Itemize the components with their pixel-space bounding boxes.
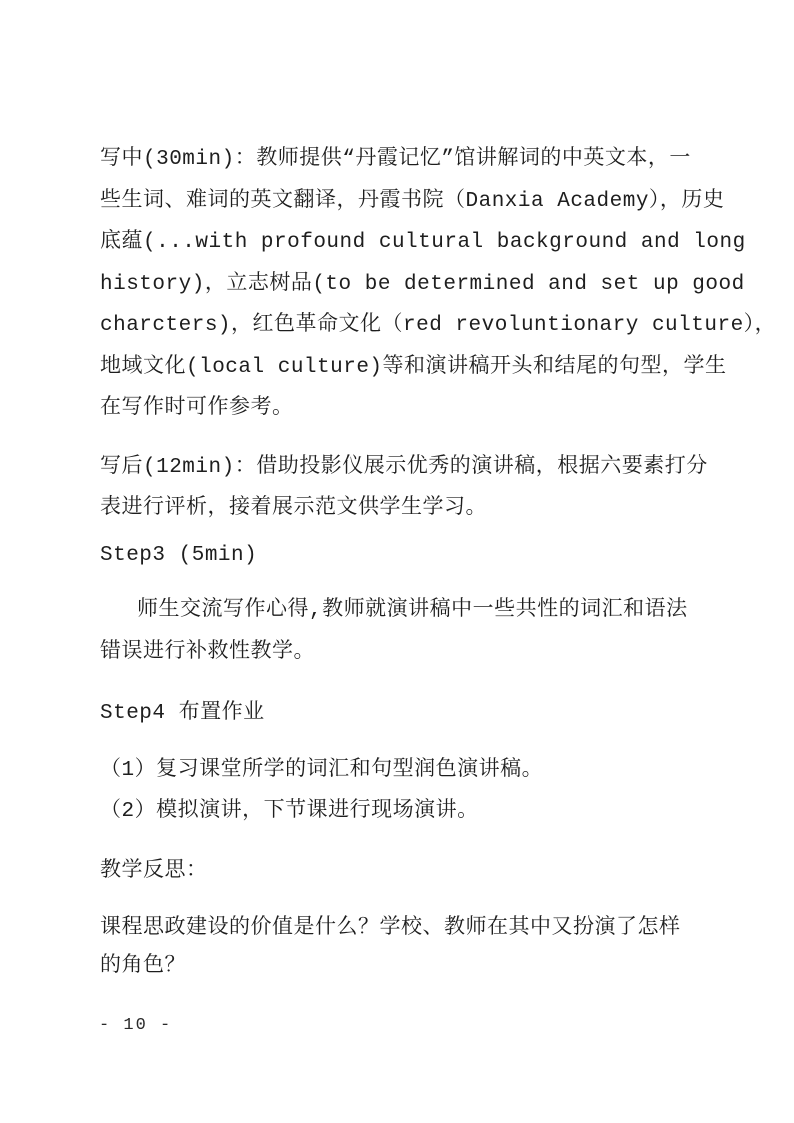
text-line: （1）复习课堂所学的词汇和句型润色演讲稿。 (100, 750, 706, 792)
text-line: 课程思政建设的价值是什么？学校、教师在其中又扮演了怎样 (100, 910, 706, 948)
text-line: 写后(12min)：借助投影仪展示优秀的演讲稿，根据六要素打分 (100, 447, 706, 489)
paragraph-reflection-question: 课程思政建设的价值是什么？学校、教师在其中又扮演了怎样 的角色？ (100, 910, 706, 986)
text-line: 底蕴(...with profound cultural background … (100, 222, 706, 264)
paragraph-while-writing: 写中(30min)：教师提供“丹霞记忆”馆讲解词的中英文本，一 些生词、难词的英… (100, 139, 706, 430)
text-line: 师生交流写作心得,教师就演讲稿中一些共性的词汇和语法 (100, 590, 706, 632)
list-item-homework-2: （2）模拟演讲，下节课进行现场演讲。 (100, 791, 706, 833)
page-number: - 10 - (99, 1015, 172, 1037)
heading-teaching-reflection: 教学反思： (100, 851, 706, 893)
text-line: 表进行评析，接着展示范文供学生学习。 (100, 488, 706, 530)
text-line: 写中(30min)：教师提供“丹霞记忆”馆讲解词的中英文本，一 (100, 139, 706, 181)
document-page: 写中(30min)：教师提供“丹霞记忆”馆讲解词的中英文本，一 些生词、难词的英… (0, 0, 794, 1123)
paragraph-step3-body: 师生交流写作心得,教师就演讲稿中一些共性的词汇和语法 错误进行补救性教学。 (100, 590, 706, 673)
text-line: 教学反思： (100, 851, 706, 893)
text-line: 错误进行补救性教学。 (100, 632, 706, 674)
text-line: 的角色？ (100, 948, 706, 986)
text-line: charcters)，红色革命文化（red revoluntionary cul… (100, 305, 706, 347)
text-line: 地域文化(local culture)等和演讲稿开头和结尾的句型，学生 (100, 347, 706, 389)
page-body-text: 写中(30min)：教师提供“丹霞记忆”馆讲解词的中英文本，一 些生词、难词的英… (100, 139, 706, 986)
paragraph-post-writing: 写后(12min)：借助投影仪展示优秀的演讲稿，根据六要素打分 表进行评析，接着… (100, 447, 706, 530)
text-line: （2）模拟演讲，下节课进行现场演讲。 (100, 791, 706, 833)
text-line: 在写作时可作参考。 (100, 388, 706, 430)
text-line: 些生词、难词的英文翻译，丹霞书院（Danxia Academy），历史 (100, 181, 706, 223)
text-line: Step3 (5min) (100, 535, 706, 577)
text-line: history)，立志树品(to be determined and set u… (100, 264, 706, 306)
heading-step4: Step4 布置作业 (100, 693, 706, 735)
heading-step3: Step3 (5min) (100, 535, 706, 577)
list-item-homework-1: （1）复习课堂所学的词汇和句型润色演讲稿。 (100, 750, 706, 792)
text-line: Step4 布置作业 (100, 693, 706, 735)
